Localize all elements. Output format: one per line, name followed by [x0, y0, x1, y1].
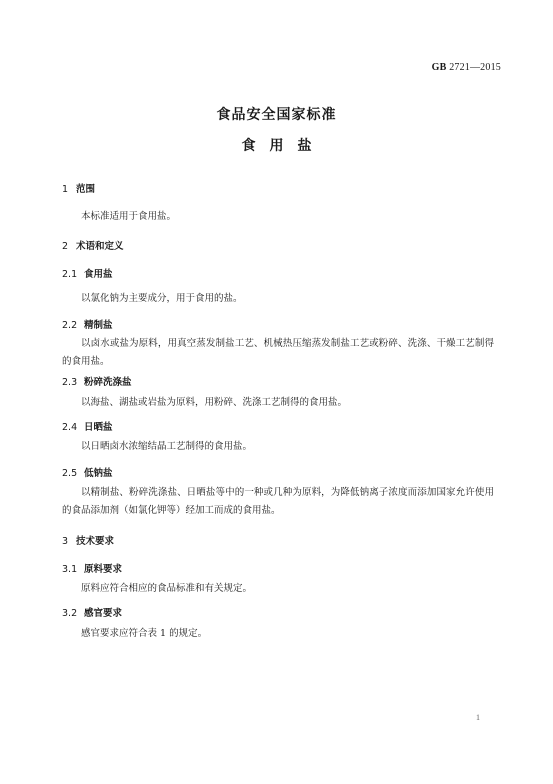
section-heading-3-2: 3.2感官要求 — [62, 605, 122, 619]
page-number: 1 — [476, 713, 480, 722]
section-body-2-1: 以氯化钠为主要成分，用于食用的盐。 — [62, 290, 494, 308]
section-body-1: 本标准适用于食用盐。 — [62, 208, 494, 226]
document-title: 食品安全国家标准 — [0, 104, 553, 124]
section-heading-2-3: 2.3粉碎洗涤盐 — [62, 374, 132, 388]
section-heading-2: 2术语和定义 — [62, 238, 124, 252]
section-body-2-5: 以精制盐、粉碎洗涤盐、日晒盐等中的一种或几种为原料，为降低钠离子浓度而添加国家允… — [62, 484, 494, 520]
section-body-2-4: 以日晒卤水浓缩结晶工艺制得的食用盐。 — [62, 438, 494, 456]
document-subtitle: 食用盐 — [0, 135, 553, 155]
section-body-3-1: 原料应符合相应的食品标准和有关规定。 — [62, 580, 494, 598]
section-heading-2-4: 2.4日晒盐 — [62, 419, 113, 433]
section-heading-3: 3技术要求 — [62, 533, 114, 547]
section-heading-2-2: 2.2精制盐 — [62, 317, 113, 331]
section-body-3-2: 感官要求应符合表 1 的规定。 — [62, 625, 494, 643]
section-body-2-2: 以卤水或盐为原料，用真空蒸发制盐工艺、机械热压缩蒸发制盐工艺或粉碎、洗涤、干燥工… — [62, 335, 494, 371]
section-heading-2-1: 2.1食用盐 — [62, 266, 113, 280]
section-heading-3-1: 3.1原料要求 — [62, 561, 122, 575]
section-heading-1: 1范围 — [62, 181, 95, 195]
standard-number: GB 2721—2015 — [432, 62, 501, 73]
section-heading-2-5: 2.5低钠盐 — [62, 465, 113, 479]
section-body-2-3: 以海盐、湖盐或岩盐为原料，用粉碎、洗涤工艺制得的食用盐。 — [62, 394, 494, 412]
